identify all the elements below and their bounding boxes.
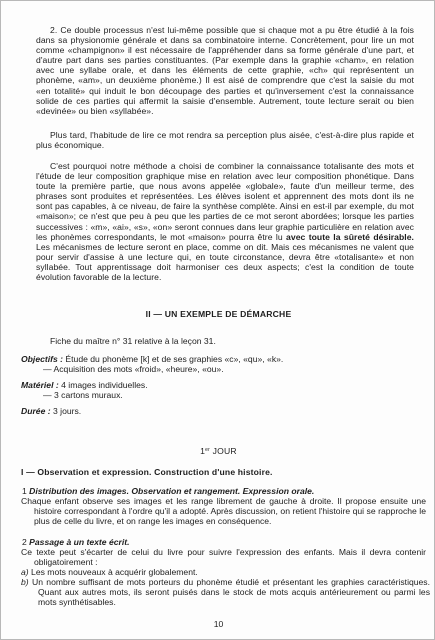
paragraph-methode-text-2: Les mécanismes de lecture seront en plac… [36,242,414,282]
day-label: JOUR [213,446,237,456]
list-item-a: a) Les mots nouveaux à acquérir globalem… [21,567,426,577]
emphasis-surete: avec toute la sûreté désirable. [286,232,414,242]
document-page: 2. Ce double processus n'est lui-même po… [0,0,435,640]
duree-text: 3 jours. [53,406,81,416]
item-2-heading: 2 Passage à un texte écrit. [22,537,129,547]
page-number: 10 [1,619,435,629]
materiel-line: Matériel : 4 images individuelles. [21,380,148,390]
objectifs-label: Objectifs : [21,354,63,364]
materiel-text: 4 images individuelles. [61,380,147,390]
paragraph-methode: C'est pourquoi notre méthode a choisi de… [36,161,414,282]
objectifs-line: Objectifs : Étude du phonème [k] et de s… [21,354,283,364]
duree-label: Durée : [21,406,51,416]
item-2-title: Passage à un texte écrit. [29,537,129,547]
list-text-b: Un nombre suffisant de mots porteurs du … [32,577,430,607]
day-heading: 1er JOUR [1,446,435,456]
paragraph-double-processus: 2. Ce double processus n'est lui-même po… [36,25,414,116]
item-2-text: Ce texte peut s'écarter de celui du livr… [21,547,426,567]
section-heading-exemple: II — UN EXEMPLE DE DÉMARCHE [1,309,435,319]
list-marker-a: a) [21,567,29,577]
paragraph-plus-tard: Plus tard, l'habitude de lire ce mot ren… [36,130,414,150]
day-ordinal-suffix: er [205,447,210,453]
objectifs-line-2: — Acquisition des mots «froid», «heure»,… [43,364,224,374]
fiche-reference: Fiche du maître n° 31 relative à la leço… [50,336,216,346]
item-1-number: 1 [22,486,27,496]
item-1-heading: 1 Distribution des images. Observation e… [22,486,314,496]
list-item-b: b) Un nombre suffisant de mots porteurs … [21,577,430,607]
duree-line: Durée : 3 jours. [21,406,81,416]
item-1-text: Chaque enfant observe ses images et les … [21,496,426,526]
list-text-a: Les mots nouveaux à acquérir globalement… [31,567,198,577]
materiel-line-2: — 3 cartons muraux. [43,390,123,400]
item-2-number: 2 [22,537,27,547]
item-1-title: Distribution des images. Observation et … [29,486,314,496]
objectifs-text: Étude du phonème [k] et de ses graphies … [65,354,283,364]
list-marker-b: b) [21,577,29,587]
materiel-label: Matériel : [21,380,59,390]
part-heading-observation: I — Observation et expression. Construct… [21,467,273,477]
paragraph-methode-text-1: C'est pourquoi notre méthode a choisi de… [36,161,414,242]
